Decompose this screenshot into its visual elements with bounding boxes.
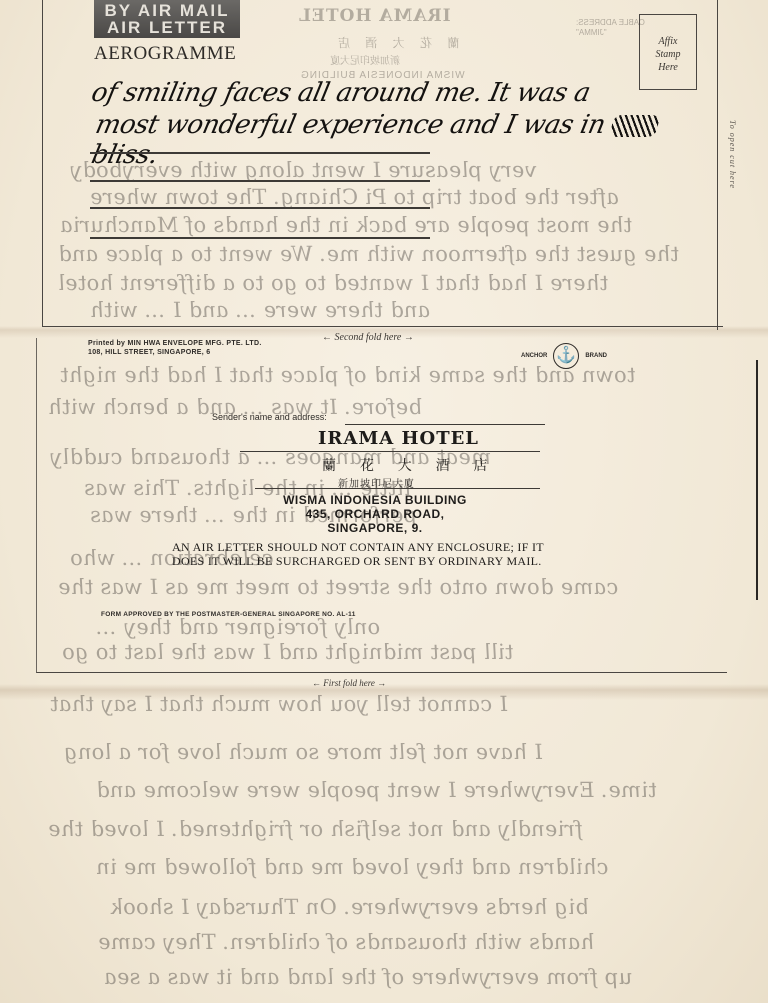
handwriting-line-2-text: most wonderful experience and I was in bbox=[93, 110, 608, 140]
bleed-line: I have not felt more so much love for a … bbox=[62, 740, 544, 764]
stamp-text-2: Stamp bbox=[640, 48, 696, 61]
bleed-line: friendly and not selfish or frightened. … bbox=[46, 817, 584, 841]
air-mail-banner: BY AIR MAIL AIR LETTER bbox=[94, 0, 240, 38]
bleed-line: came down onto the street to meet me as … bbox=[56, 575, 620, 599]
hotel-chinese-name: 蘭 花 大 酒 店 bbox=[322, 455, 498, 475]
aerogramme-label: AEROGRAMME bbox=[94, 43, 236, 65]
address-line-2: 435, ORCHARD ROAD, bbox=[240, 507, 510, 521]
first-fold-label: ← First fold here → bbox=[312, 678, 386, 688]
bleed-line: big herds everywhere. On Thursday I shoo… bbox=[108, 895, 590, 919]
air-mail-banner-line1: BY AIR MAIL bbox=[94, 2, 240, 19]
printer-imprint: Printed by MIN HWA ENVELOPE MFG. PTE. LT… bbox=[88, 339, 262, 357]
bleed-line: time. Everywhere I went people were welc… bbox=[94, 778, 658, 802]
ghost-hotel-name: IRAMA HOTEL bbox=[298, 6, 451, 26]
bleed-line: very pleasure I went along with everybod… bbox=[68, 158, 538, 182]
sender-label: Sender's name and address: bbox=[212, 412, 327, 422]
bleed-line: the guest the afternoon with me. We went… bbox=[56, 242, 681, 266]
cut-here-vertical-text: To open cut here bbox=[728, 120, 737, 189]
address-line-3: SINGAPORE, 9. bbox=[240, 521, 510, 535]
printer-line-2: 108, HILL STREET, SINGAPORE, 6 bbox=[88, 348, 262, 357]
hotel-rule-1 bbox=[240, 451, 540, 452]
address-rule-1 bbox=[90, 152, 430, 154]
air-mail-banner-line2: AIR LETTER bbox=[94, 19, 240, 36]
bleed-line: town and the same kind of place that I h… bbox=[58, 363, 637, 387]
ghost-cable-line1: CABLE ADDRESS: bbox=[576, 18, 645, 28]
brand-left-text: ANCHOR bbox=[521, 353, 547, 359]
crossed-out-word bbox=[610, 115, 661, 137]
bleed-line: there I had that I wanted to go to a dif… bbox=[56, 271, 610, 295]
second-fold-label: ← Second fold here → bbox=[322, 332, 414, 343]
stamp-text-3: Here bbox=[640, 61, 696, 74]
stamp-text-1: Affix bbox=[640, 35, 696, 48]
notice-line-1: AN AIR LETTER SHOULD NOT CONTAIN ANY ENC… bbox=[172, 540, 544, 554]
form-approval: FORM APPROVED BY THE POSTMASTER-GENERAL … bbox=[101, 611, 356, 618]
stamp-box: Affix Stamp Here bbox=[639, 14, 697, 90]
notice-line-2: DOES IT WILL BE SURCHARGED OR SENT BY OR… bbox=[172, 554, 544, 568]
hotel-name: IRAMA HOTEL bbox=[318, 428, 479, 449]
enclosure-notice: AN AIR LETTER SHOULD NOT CONTAIN ANY ENC… bbox=[172, 540, 544, 568]
bleed-line: children and they loved me and followed … bbox=[94, 855, 610, 879]
bleed-line: the most people are back in the hands of… bbox=[58, 213, 634, 237]
printer-line-1: Printed by MIN HWA ENVELOPE MFG. PTE. LT… bbox=[88, 339, 262, 348]
ghost-hotel-chinese-sub: 新加坡印尼大廈 bbox=[330, 52, 400, 67]
bleed-line: till past midnight and I was the last to… bbox=[60, 640, 515, 664]
hotel-address: WISMA INDONESIA BUILDING 435, ORCHARD RO… bbox=[240, 493, 510, 535]
hotel-chinese-sub: 新加坡印尼大廈 bbox=[338, 475, 415, 490]
aerogramme-sheet: BY AIR MAIL AIR LETTER AEROGRAMME IRAMA … bbox=[0, 0, 768, 1003]
handwriting-line-2: most wonderful experience and I was in bbox=[93, 110, 662, 140]
ghost-cable-line2: "JIMMA" bbox=[576, 28, 645, 38]
bleed-line: I cannot tell you how much that I say th… bbox=[48, 692, 509, 716]
ghost-hotel-chinese: 蘭 花 大 酒 店 bbox=[332, 34, 459, 51]
torn-edge bbox=[756, 360, 768, 600]
bleed-line: after the boat trip to Pi Chiang. The to… bbox=[88, 185, 620, 209]
bleed-line: only foreigner and they ... bbox=[94, 615, 382, 639]
ghost-cable-address: CABLE ADDRESS: "JIMMA" bbox=[576, 18, 645, 38]
sender-rule bbox=[345, 424, 545, 425]
handwriting-line-1: of smiling faces all around me. It was a bbox=[89, 78, 593, 108]
address-rule-4 bbox=[90, 237, 430, 239]
bleed-line: hands with thousands of children. They c… bbox=[96, 930, 596, 954]
bleed-line: up from everywhere of the land and it wa… bbox=[102, 965, 634, 989]
top-panel-right-edge bbox=[717, 0, 718, 330]
brand-right-text: BRAND bbox=[585, 353, 607, 359]
address-line-1: WISMA INDONESIA BUILDING bbox=[240, 493, 510, 507]
bleed-line: and there were ... and I ... with bbox=[88, 298, 432, 322]
